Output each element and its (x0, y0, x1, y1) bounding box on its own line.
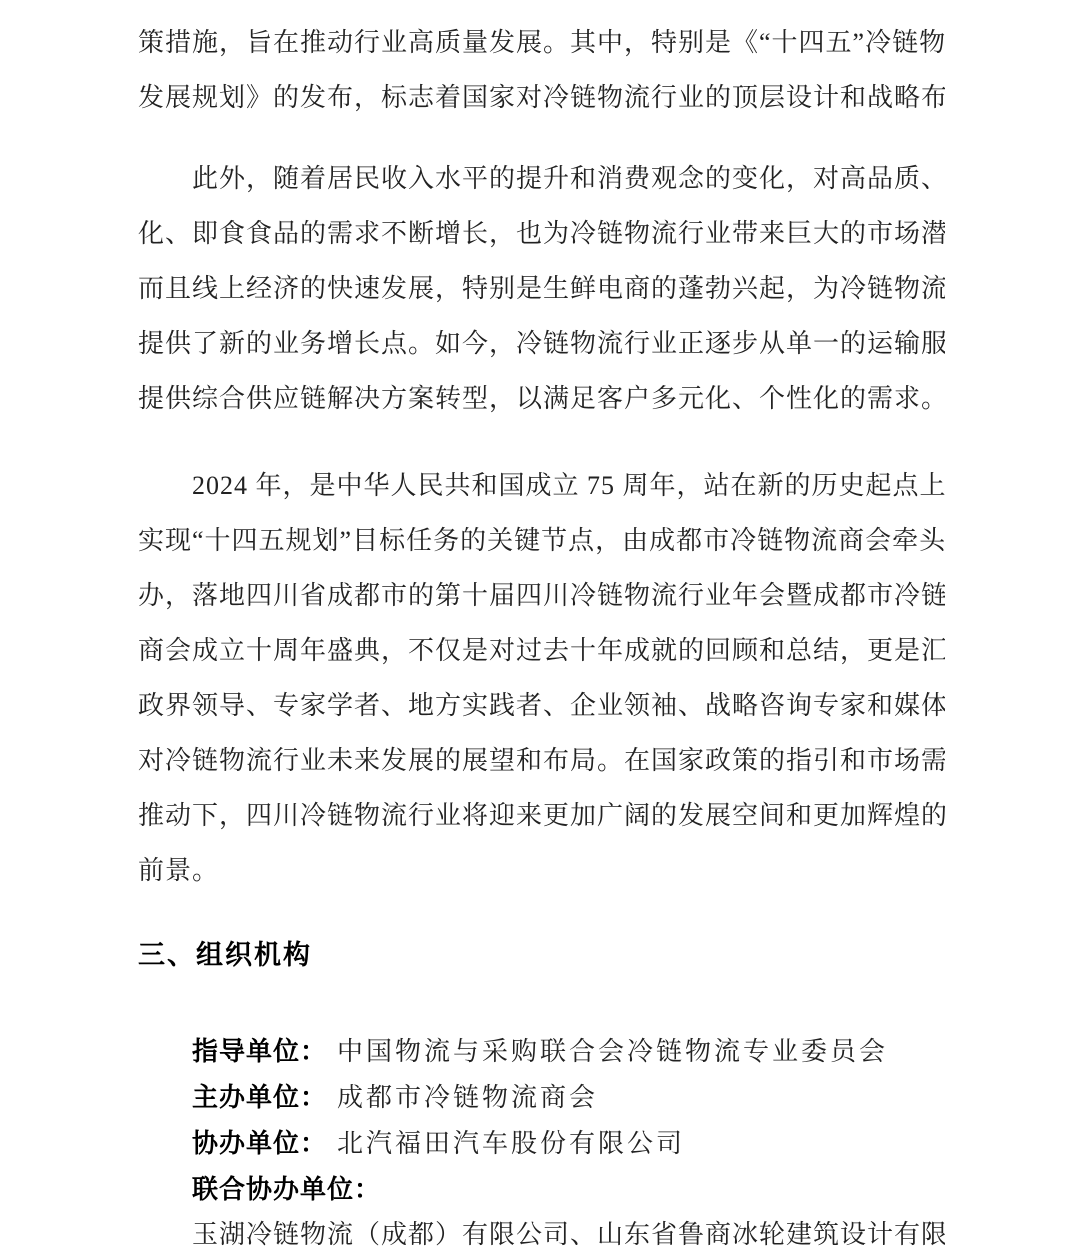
organization-list: 指导单位：中国物流与采购联合会冷链物流专业委员会 主办单位：成都市冷链物流商会 … (138, 1028, 945, 1212)
org-row-joint-co-organizer-unit: 联合协办单位： (192, 1166, 945, 1212)
paragraph-market: 此外，随着居民收入水平的提升和消费观念的变化，对高品质、多样 化、即食食品的需求… (138, 151, 945, 426)
document-content: 策措施，旨在推动行业高质量发展。其中，特别是《“十四五”冷链物流 发展规划》的发… (138, 15, 945, 1255)
paragraph-line: 实现“十四五规划”目标任务的关键节点，由成都市冷链物流商会牵头主 (138, 513, 945, 568)
paragraph-line: 2024 年，是中华人民共和国成立 75 周年，站在新的历史起点上，在 (138, 458, 945, 513)
document-page: 策措施，旨在推动行业高质量发展。其中，特别是《“十四五”冷链物流 发展规划》的发… (0, 0, 1080, 1255)
org-label: 主办单位： (192, 1082, 327, 1112)
paragraph-line: 而且线上经济的快速发展，特别是生鲜电商的蓬勃兴起，为冷链物流行业 (138, 261, 945, 316)
paragraph-line: 对冷链物流行业未来发展的展望和布局。在国家政策的指引和市场需求的 (138, 733, 945, 788)
paragraph-line: 提供了新的业务增长点。如今，冷链物流行业正逐步从单一的运输服务向 (138, 316, 945, 371)
org-label: 指导单位： (192, 1036, 327, 1066)
paragraph-line: 提供综合供应链解决方案转型，以满足客户多元化、个性化的需求。 (138, 371, 945, 426)
paragraph-line: 化、即食食品的需求不断增长，也为冷链物流行业带来巨大的市场潜力。 (138, 206, 945, 261)
org-value: 北汽福田汽车股份有限公司 (337, 1129, 685, 1158)
paragraph-line: 前景。 (138, 843, 945, 898)
org-label: 联合协办单位： (192, 1174, 381, 1204)
paragraph-line: 此外，随着居民收入水平的提升和消费观念的变化，对高品质、多样 (138, 151, 945, 206)
paragraph-2024: 2024 年，是中华人民共和国成立 75 周年，站在新的历史起点上，在 实现“十… (138, 458, 945, 898)
paragraph-policy: 策措施，旨在推动行业高质量发展。其中，特别是《“十四五”冷链物流 发展规划》的发… (138, 15, 945, 125)
org-row-guiding-unit: 指导单位：中国物流与采购联合会冷链物流专业委员会 (192, 1028, 945, 1074)
org-row-co-organizer-unit: 协办单位：北汽福田汽车股份有限公司 (192, 1120, 945, 1166)
paragraph-line: 政界领导、专家学者、地方实践者、企业领袖、战略咨询专家和媒体精英， (138, 678, 945, 733)
org-value: 中国物流与采购联合会冷链物流专业委员会 (337, 1037, 888, 1066)
paragraph-line: 策措施，旨在推动行业高质量发展。其中，特别是《“十四五”冷链物流 (138, 15, 945, 70)
paragraph-line: 商会成立十周年盛典，不仅是对过去十年成就的回顾和总结，更是汇聚党 (138, 623, 945, 678)
paragraph-line: 发展规划》的发布，标志着国家对冷链物流行业的顶层设计和战略布局。 (138, 70, 945, 125)
org-label: 协办单位： (192, 1128, 327, 1158)
org-continuation-line: 玉湖冷链物流（成都）有限公司、山东省鲁商冰轮建筑设计有限公司 (138, 1212, 945, 1255)
paragraph-line: 推动下，四川冷链物流行业将迎来更加广阔的发展空间和更加辉煌的发展 (138, 788, 945, 843)
paragraph-line: 办，落地四川省成都市的第十届四川冷链物流行业年会暨成都市冷链物流 (138, 568, 945, 623)
section-heading-organization: 三、组织机构 (138, 928, 945, 983)
org-value: 成都市冷链物流商会 (337, 1083, 598, 1112)
org-row-host-unit: 主办单位：成都市冷链物流商会 (192, 1074, 945, 1120)
